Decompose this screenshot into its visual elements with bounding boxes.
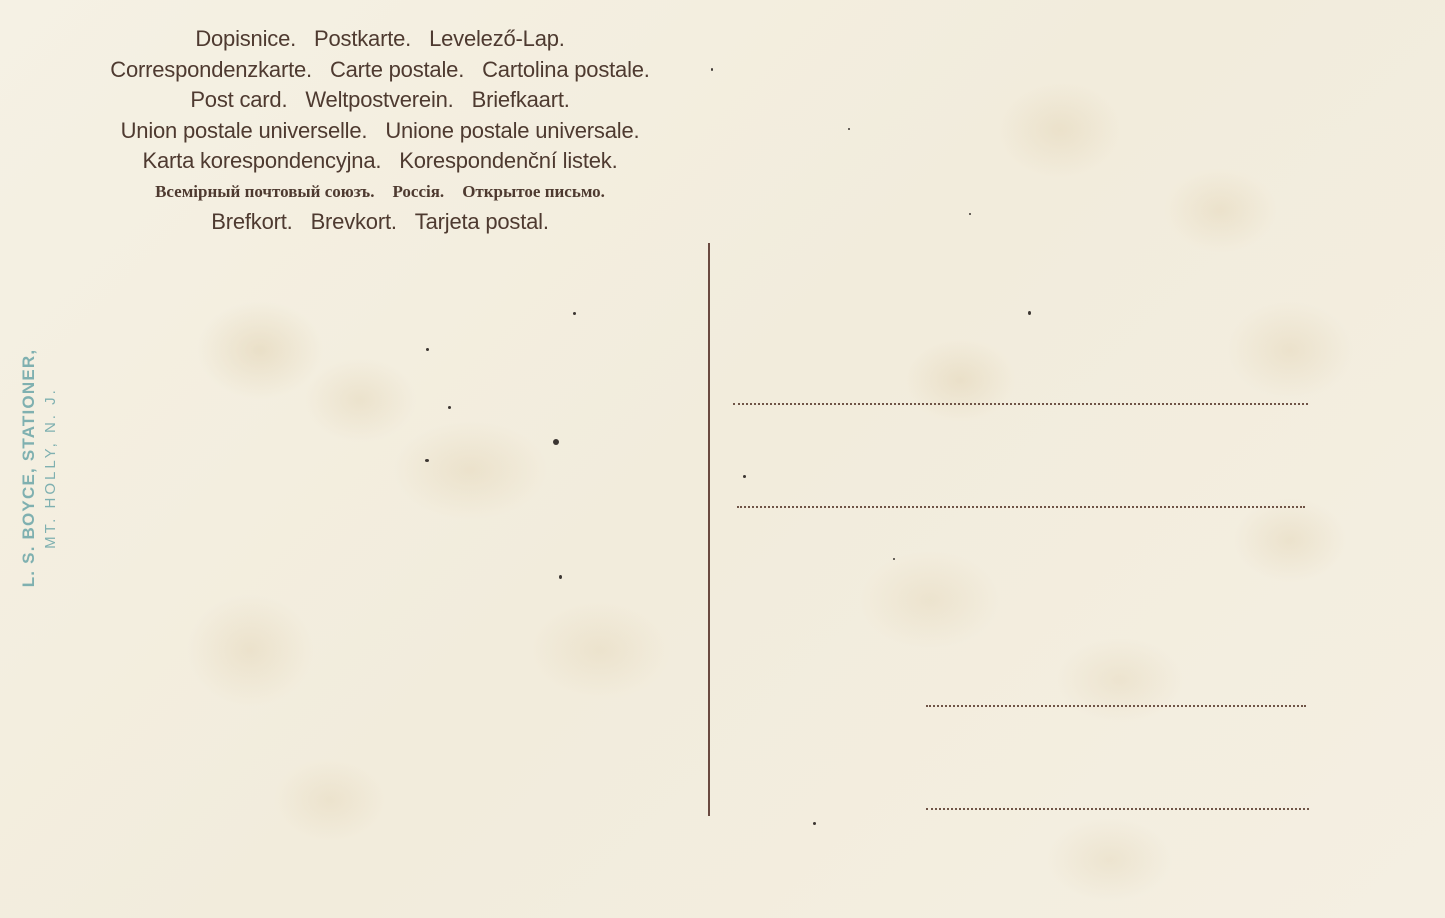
paper-speck [813,822,816,825]
header-phrase: Unione postale universale. [385,116,639,147]
header-line: Brefkort.Brevkort.Tarjeta postal. [60,207,700,238]
imprint-publisher: L. S. BOYCE, STATIONER, [18,318,40,618]
header-line: Correspondenzkarte.Carte postale.Cartoli… [60,55,700,86]
header-line: Dopisnice.Postkarte.Levelező-Lap. [60,24,700,55]
postcard-back: Dopisnice.Postkarte.Levelező-Lap. Corres… [0,0,1445,918]
header-phrase: Carte postale. [330,55,464,86]
paper-speck [969,213,971,215]
paper-speck [559,575,562,579]
header-phrase: Dopisnice. [195,24,296,55]
header-phrase: Открытое письмо. [462,177,605,208]
header-phrase: Всемірный почтовый союзъ. [155,177,374,208]
header-phrase: Korespondenční listek. [399,146,617,177]
address-line-2 [737,506,1305,508]
header-line: Union postale universelle.Unione postale… [60,116,700,147]
message-address-divider [708,243,710,816]
header-line: Karta korespondencyjna.Korespondenční li… [60,146,700,177]
paper-speck [553,439,559,445]
header-phrase: Россія. [392,177,444,208]
address-line-1 [733,403,1308,405]
header-phrase: Karta korespondencyjna. [143,146,382,177]
address-line-3 [926,705,1306,707]
paper-speck [848,128,850,130]
header-line: Post card.Weltpostverein.Briefkaart. [60,85,700,116]
header-phrase: Cartolina postale. [482,55,650,86]
header-phrase: Postkarte. [314,24,411,55]
header-phrase: Union postale universelle. [121,116,368,147]
paper-speck [743,475,746,478]
address-line-4 [926,808,1309,810]
header-phrase: Tarjeta postal. [415,207,549,238]
header-phrase: Briefkaart. [472,85,570,116]
paper-speck [1028,311,1031,315]
paper-speck [426,348,429,351]
header-line-cyrillic: Всемірный почтовый союзъ.Россія.Открытое… [60,177,700,208]
imprint-location: MT. HOLLY, N. J. [40,318,62,618]
header-phrase: Brevkort. [311,207,397,238]
paper-speck [425,459,429,462]
header-phrase: Correspondenzkarte. [110,55,312,86]
paper-speck [711,68,713,71]
header-phrase: Brefkort. [211,207,292,238]
header-phrase: Post card. [190,85,287,116]
publisher-imprint: L. S. BOYCE, STATIONER, MT. HOLLY, N. J. [10,320,70,616]
header-phrase: Weltpostverein. [305,85,453,116]
paper-speck [573,312,576,315]
header-phrase: Levelező-Lap. [429,24,565,55]
paper-speck [448,406,451,409]
paper-speck [893,558,895,560]
multilingual-postcard-header: Dopisnice.Postkarte.Levelező-Lap. Corres… [60,24,700,238]
